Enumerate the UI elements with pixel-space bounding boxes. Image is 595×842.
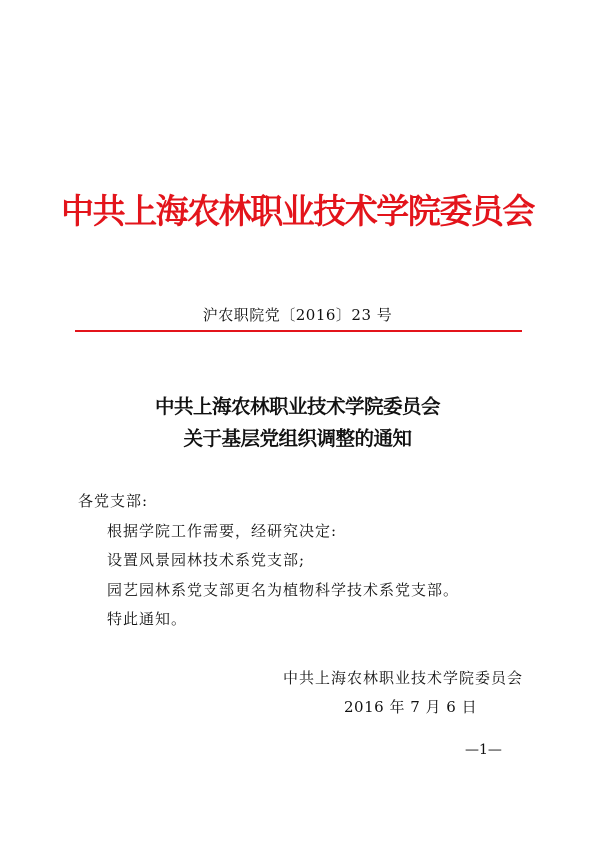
body-paragraph: 设置风景园林技术系党支部; — [107, 550, 305, 570]
red-divider-line — [75, 330, 522, 332]
salutation: 各党支部: — [78, 491, 148, 511]
body-paragraph: 园艺园林系党支部更名为植物科学技术系党支部。 — [107, 580, 459, 600]
notice-title-line-2: 关于基层党组织调整的通知 — [0, 426, 595, 452]
body-paragraph: 根据学院工作需要，经研究决定: — [107, 521, 337, 541]
red-header-org-title: 中共上海农林职业技术学院委员会 — [9, 190, 586, 234]
notice-title-line-1: 中共上海农林职业技术学院委员会 — [0, 394, 595, 420]
signature-organization: 中共上海农林职业技术学院委员会 — [283, 668, 523, 688]
signature-date: 2016 年 7 月 6 日 — [344, 697, 477, 717]
document-number: 沪农职院党〔2016〕23 号 — [0, 305, 595, 325]
page-number: —1— — [465, 741, 502, 759]
body-paragraph: 特此通知。 — [107, 609, 187, 629]
